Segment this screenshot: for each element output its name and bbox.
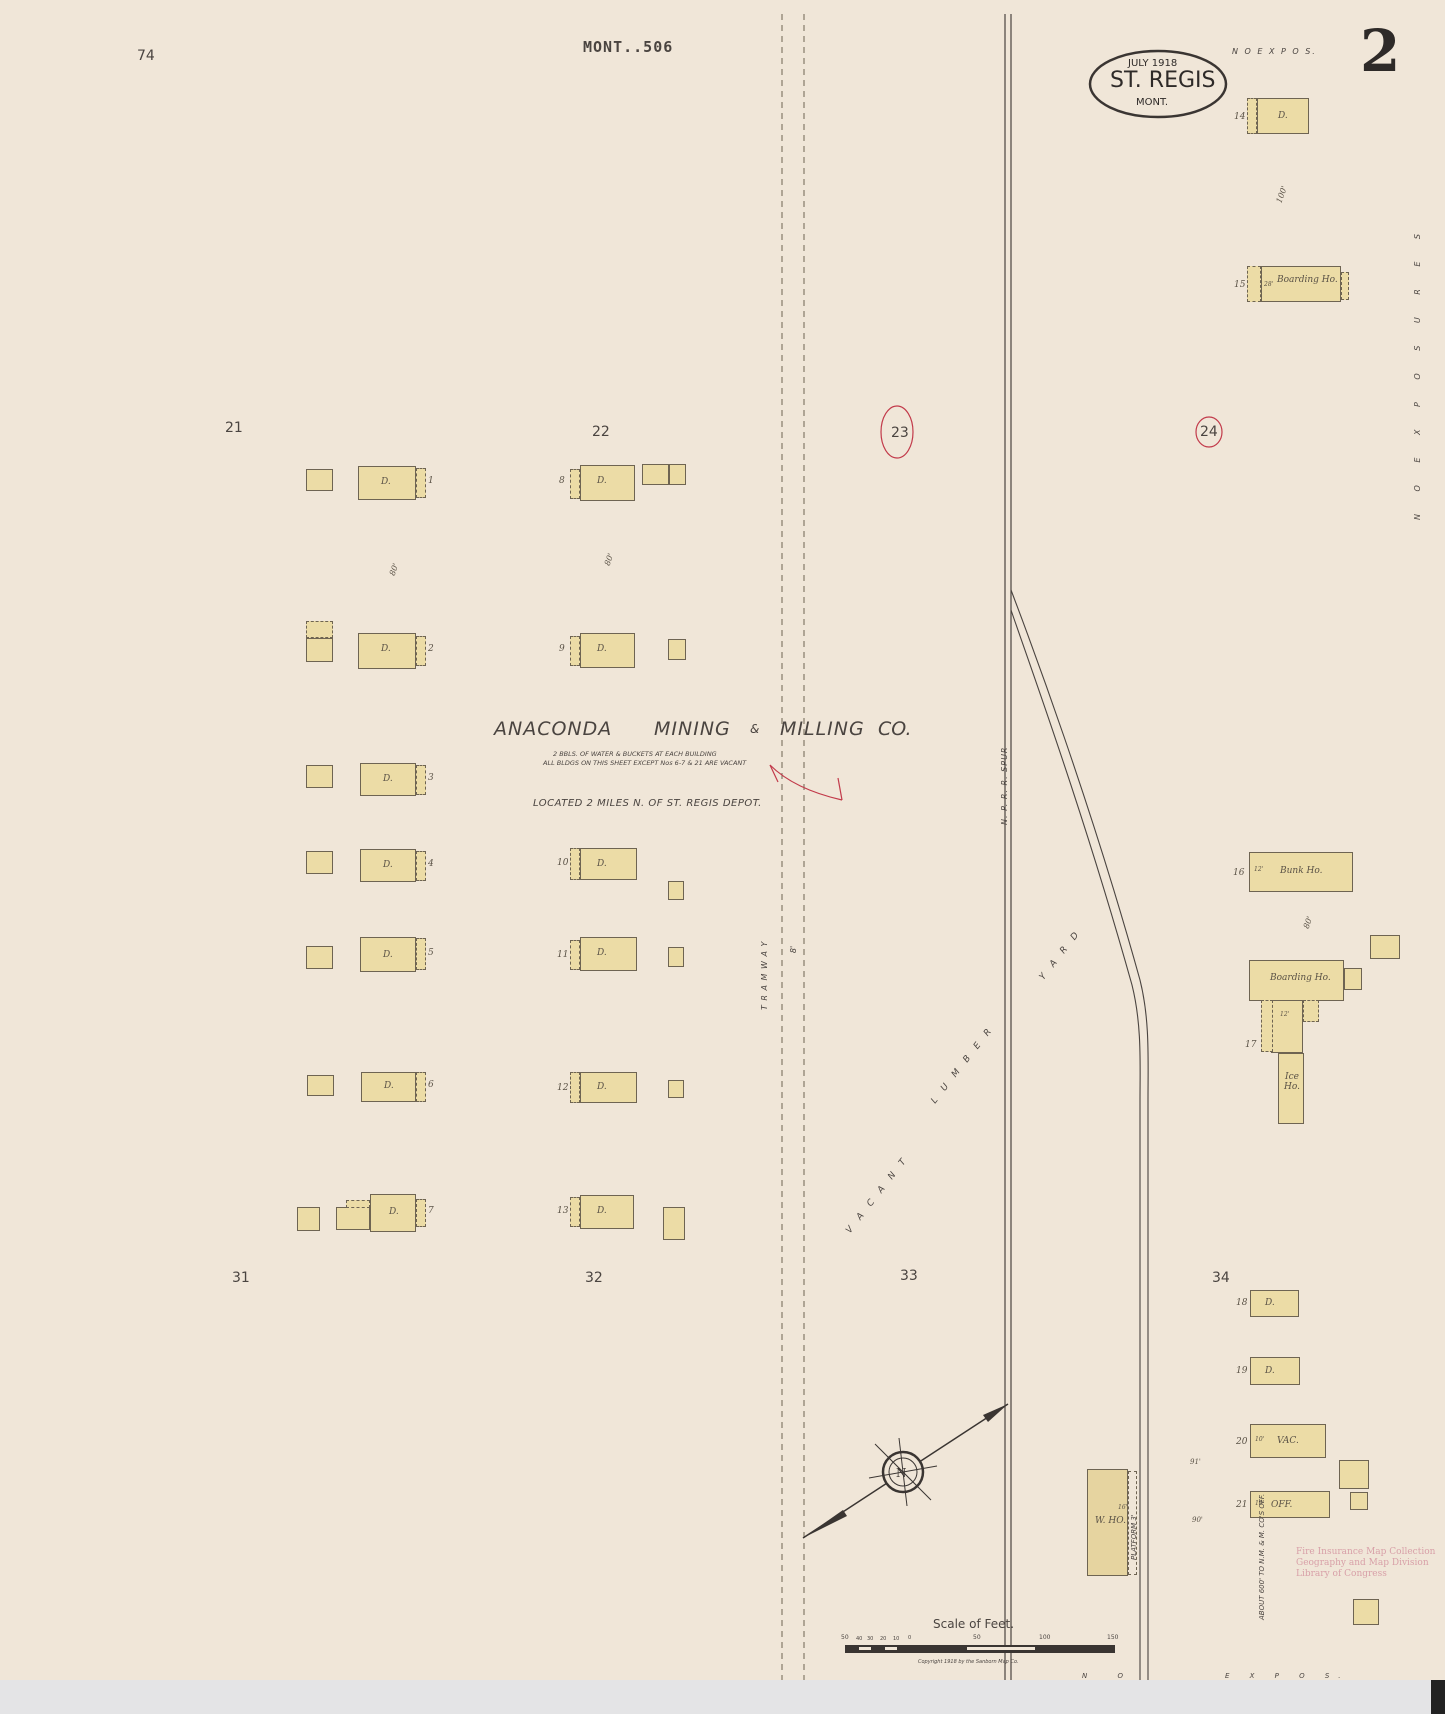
building-number: 12 xyxy=(557,1083,568,1093)
grid-number-21: 21 xyxy=(225,420,243,436)
scale-tick: 150 xyxy=(1107,1634,1118,1641)
building-number: 17 xyxy=(1245,1040,1256,1050)
company-name-2: MINING xyxy=(654,718,731,740)
outbuilding xyxy=(668,881,684,900)
platform-label: PLATFORM 3' xyxy=(1130,1514,1138,1560)
dwelling-12: D. xyxy=(580,1072,637,1103)
building-number: 6 xyxy=(428,1080,434,1090)
porch xyxy=(1247,266,1261,302)
building-number: 5 xyxy=(428,948,434,958)
building-ice-house: Ice Ho. xyxy=(1278,1053,1304,1124)
building-16-bunk-house: Bunk Ho. 12' xyxy=(1249,852,1353,892)
dwelling-5: D. xyxy=(360,937,416,972)
building-20-vacant: VAC. 10' xyxy=(1250,1424,1326,1458)
scale-tick: 100 xyxy=(1039,1634,1050,1641)
scale-tick: 10 xyxy=(893,1636,899,1642)
porch xyxy=(570,848,580,880)
grid-number-24: 24 xyxy=(1200,424,1218,440)
distance-note: ABOUT 600' TO N.M. & M. CO'S OFF. xyxy=(1258,1494,1266,1620)
sheet-number: 2 xyxy=(1360,22,1400,80)
company-note-2: ALL BLDGS ON THIS SHEET EXCEPT Nos 6-7 &… xyxy=(543,759,746,767)
dimension-label: 90' xyxy=(1192,1516,1203,1524)
building-15-boarding-house: Boarding Ho. 28' xyxy=(1261,266,1341,302)
volume-label: MONT..506 xyxy=(583,38,673,56)
company-amp: & xyxy=(750,722,759,736)
building-number: 15 xyxy=(1234,280,1245,290)
bottom-note-right: E X P O S. xyxy=(1225,1672,1350,1680)
porch xyxy=(570,636,580,666)
building-17-boarding-house: Boarding Ho. xyxy=(1249,960,1344,1001)
porch xyxy=(570,940,580,970)
outbuilding xyxy=(642,464,669,485)
building-14-dwelling: D. xyxy=(1257,98,1309,134)
porch xyxy=(416,938,426,970)
outbuilding xyxy=(306,638,333,662)
building-number: 2 xyxy=(428,644,434,654)
scale-tick: 40 xyxy=(856,1636,862,1642)
outbuilding xyxy=(1350,1492,1368,1510)
scale-title: Scale of Feet. xyxy=(933,1617,1014,1631)
outbuilding xyxy=(306,621,333,638)
outbuilding xyxy=(306,946,333,969)
dwelling-7-wing xyxy=(336,1207,370,1230)
porch xyxy=(416,636,426,666)
outbuilding xyxy=(306,851,333,874)
top-right-note: N O E X P O S. xyxy=(1232,47,1317,56)
lc-stamp-line-1: Fire Insurance Map Collection xyxy=(1296,1547,1435,1557)
building-number: 14 xyxy=(1234,112,1245,122)
building-number: 4 xyxy=(428,859,434,869)
outbuilding xyxy=(306,765,333,788)
company-name-1: ANACONDA xyxy=(494,718,612,740)
outbuilding xyxy=(297,1207,320,1231)
building-number: 18 xyxy=(1236,1298,1247,1308)
spur-label: N. P. R. R. SPUR xyxy=(1000,747,1009,825)
grid-number-33: 33 xyxy=(900,1268,918,1284)
porch xyxy=(416,1072,426,1102)
porch xyxy=(570,1072,580,1103)
dwelling-3: D. xyxy=(360,763,416,796)
building-18-dwelling: D. xyxy=(1250,1290,1299,1317)
outbuilding xyxy=(668,1080,684,1098)
porch xyxy=(1247,98,1257,134)
outbuilding xyxy=(668,639,686,660)
scale-tick: 50 xyxy=(841,1634,849,1641)
scale-tick: 20 xyxy=(880,1636,886,1642)
scan-edge xyxy=(1431,1680,1445,1714)
scale-tick: 30 xyxy=(867,1636,873,1642)
porch xyxy=(1341,272,1349,300)
grid-number-31: 31 xyxy=(232,1270,250,1286)
map-linework: N xyxy=(0,0,1445,1680)
company-name-3: MILLING xyxy=(780,718,865,740)
compass-rose-icon: N xyxy=(803,1404,1008,1538)
porch xyxy=(570,469,580,499)
cartouche-state: MONT. xyxy=(1136,97,1168,108)
tramway-label: T R A M W A Y xyxy=(760,941,769,1010)
porch xyxy=(416,851,426,881)
outbuilding xyxy=(1353,1599,1379,1625)
dwelling-7: D. xyxy=(370,1194,416,1232)
dwelling-2: D. xyxy=(358,633,416,669)
building-number: 1 xyxy=(428,476,434,486)
dwelling-10: D. xyxy=(580,848,637,880)
outbuilding xyxy=(669,464,686,485)
building-number: 13 xyxy=(557,1206,568,1216)
warehouse: W. HO. 16' xyxy=(1087,1469,1128,1576)
outbuilding xyxy=(1344,968,1362,990)
scan-background xyxy=(0,1680,1445,1714)
grid-number-32: 32 xyxy=(585,1270,603,1286)
dwelling-11: D. xyxy=(580,937,637,971)
building-number: 20 xyxy=(1236,1437,1247,1447)
right-margin-note: N O E X P O S U R E S xyxy=(1413,224,1422,520)
building-number: 9 xyxy=(559,644,565,654)
porch xyxy=(416,468,426,498)
tramway-width: 8' xyxy=(789,946,798,953)
building-number: 16 xyxy=(1233,868,1244,878)
building-number: 19 xyxy=(1236,1366,1247,1376)
dwelling-9: D. xyxy=(580,633,635,668)
dimension-label: 91' xyxy=(1190,1458,1201,1466)
building-number: 8 xyxy=(559,476,565,486)
scale-copyright: Copyright 1918 by the Sanborn Map Co. xyxy=(918,1659,1019,1665)
svg-text:N: N xyxy=(896,1466,907,1480)
dwelling-4: D. xyxy=(360,849,416,882)
building-17-wing: 12' xyxy=(1271,1000,1303,1053)
building-number: 11 xyxy=(557,950,568,960)
porch xyxy=(346,1200,370,1208)
page-number-left: 74 xyxy=(137,48,155,64)
dwelling-8: D. xyxy=(580,465,635,501)
building-number: 3 xyxy=(428,773,434,783)
outbuilding xyxy=(306,469,333,491)
building-19-dwelling: D. xyxy=(1250,1357,1300,1385)
scale-tick: 50 xyxy=(973,1634,981,1641)
porch xyxy=(1303,1000,1319,1022)
dwelling-13: D. xyxy=(580,1195,634,1229)
porch xyxy=(416,765,426,795)
outbuilding xyxy=(307,1075,334,1096)
lc-stamp-line-2: Geography and Map Division xyxy=(1296,1558,1429,1568)
building-number: 21 xyxy=(1236,1500,1247,1510)
company-note-1: 2 BBLS. OF WATER & BUCKETS AT EACH BUILD… xyxy=(553,750,717,758)
outbuilding xyxy=(668,947,684,967)
grid-number-23: 23 xyxy=(891,425,909,441)
outbuilding xyxy=(663,1207,685,1240)
porch xyxy=(416,1199,426,1227)
porch xyxy=(1261,1000,1273,1052)
outbuilding xyxy=(1370,935,1400,959)
building-number: 7 xyxy=(428,1206,434,1216)
lc-stamp-line-3: Library of Congress xyxy=(1296,1569,1387,1579)
map-sheet: N 74 MONT..506 2 N O E X P O S. JULY 191… xyxy=(0,0,1445,1680)
cartouche-town: ST. REGIS xyxy=(1110,68,1215,93)
bottom-note-left: N O xyxy=(1082,1672,1137,1680)
grid-number-34: 34 xyxy=(1212,1270,1230,1286)
grid-number-22: 22 xyxy=(592,424,610,440)
porch xyxy=(570,1197,580,1227)
dwelling-6: D. xyxy=(361,1072,416,1102)
building-number: 10 xyxy=(557,858,568,868)
outbuilding xyxy=(1339,1460,1369,1489)
scale-bar xyxy=(845,1645,1115,1653)
scale-tick: 0 xyxy=(908,1635,911,1641)
company-name-4: CO. xyxy=(878,718,912,740)
company-location: LOCATED 2 MILES N. OF ST. REGIS DEPOT. xyxy=(533,798,762,809)
dwelling-1: D. xyxy=(358,466,416,500)
